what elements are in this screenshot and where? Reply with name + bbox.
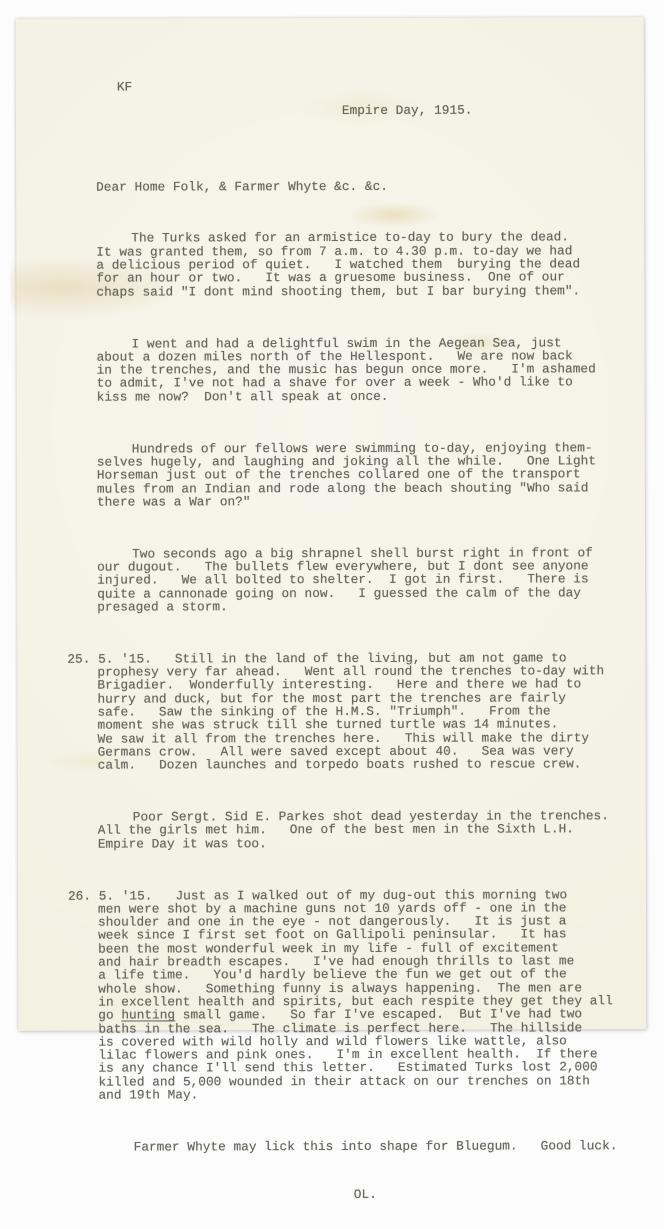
salutation: Dear Home Folk, & Farmer Whyte &c. &c. bbox=[96, 179, 641, 194]
scanned-letter-background: { "colors": { "background": "#fcfcfc", "… bbox=[0, 0, 664, 1050]
reference-initials: KF bbox=[117, 81, 132, 94]
diary-entry-25-5-15: 25. 5. '15. Still in the land of the liv… bbox=[67, 651, 642, 772]
paragraph-swim: I went and had a delightful swim in the … bbox=[97, 336, 642, 404]
letter-date: Empire Day, 1915. bbox=[342, 104, 473, 118]
paragraph-sergt-parkes: Poor Sergt. Sid E. Parkes shot dead yest… bbox=[98, 809, 643, 850]
letter-body: Dear Home Folk, & Farmer Whyte &c. &c. T… bbox=[96, 152, 644, 1050]
paragraph-armistice: The Turks asked for an armistice to-day … bbox=[96, 231, 641, 299]
paragraph-shrapnel: Two seconds ago a big shrapnel shell bur… bbox=[97, 546, 642, 614]
diary-entry-26-5-15: 26. 5. '15. Just as I walked out of my d… bbox=[68, 888, 644, 1050]
letter-paper: KF Empire Day, 1915. Dear Home Folk, & F… bbox=[16, 17, 647, 1031]
paragraph-light-horseman: Hundreds of our fellows were swimming to… bbox=[97, 441, 642, 509]
